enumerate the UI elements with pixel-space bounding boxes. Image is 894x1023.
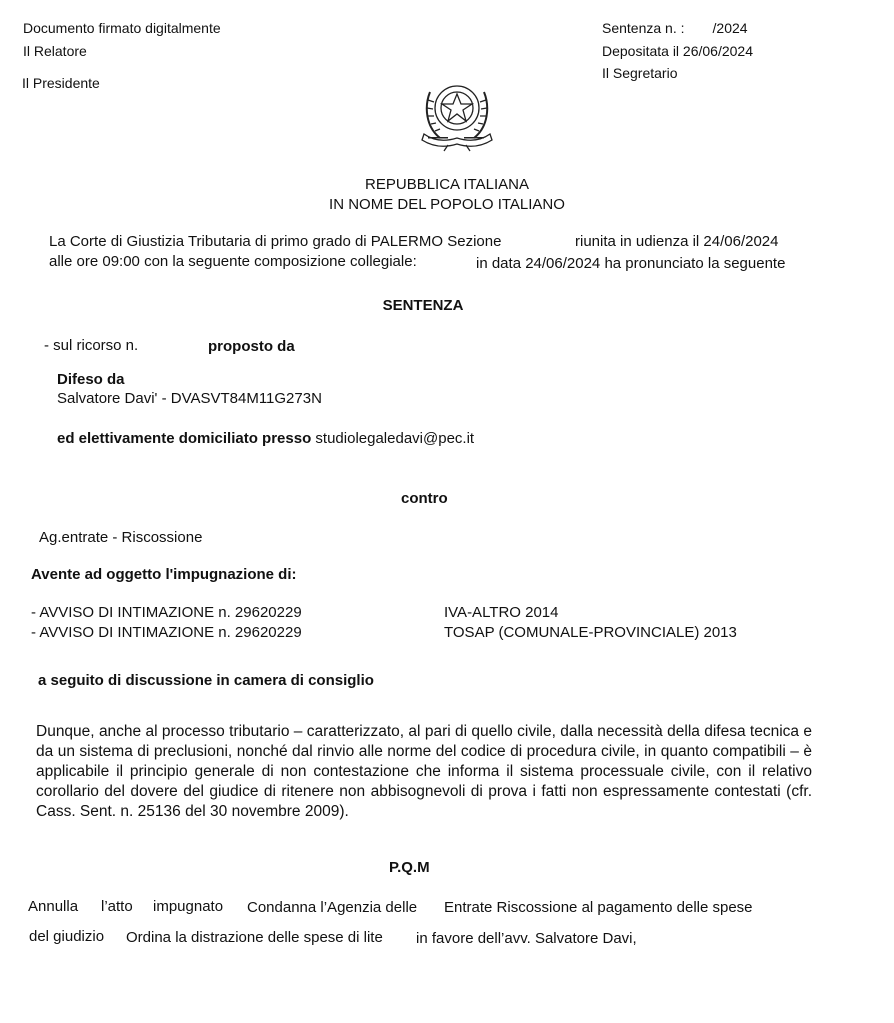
italian-republic-emblem-icon <box>418 72 496 152</box>
pqm-favore: in favore dell’avv. Salvatore Davi, <box>416 930 637 947</box>
presidente-label: Il Presidente <box>22 75 100 91</box>
oggetto-heading: Avente ad oggetto l'impugnazione di: <box>31 566 297 583</box>
ricorso-label: - sul ricorso n. <box>44 337 138 354</box>
lawyer-name: Salvatore Davi' - DVASVT84M11G273N <box>57 390 322 407</box>
contro-label: contro <box>401 490 448 507</box>
relatore-label: Il Relatore <box>23 43 87 59</box>
pqm-spese: Entrate Riscossione al pagamento delle s… <box>444 899 753 916</box>
court-intro-line2: alle ore 09:00 con la seguente composizi… <box>49 253 417 270</box>
act-item-1: - AVVISO DI INTIMAZIONE n. 29620229 <box>31 604 324 621</box>
proposto-da-label: proposto da <box>208 338 295 355</box>
pqm-impugnato: impugnato <box>153 898 223 915</box>
domicile-line: ed elettivamente domiciliato presso stud… <box>57 430 474 447</box>
sentenza-number: Sentenza n. :/2024 <box>602 20 748 36</box>
pqm-annulla: Annulla <box>28 898 78 915</box>
domicile-pec: studiolegaledavi@pec.it <box>315 430 474 447</box>
pqm-atto: l’atto <box>101 898 133 915</box>
sentenza-heading: SENTENZA <box>0 297 846 314</box>
digitally-signed-note: Documento firmato digitalmente <box>23 20 221 36</box>
court-intro-line1: La Corte di Giustizia Tributaria di prim… <box>49 233 501 250</box>
deposit-date: Depositata il 26/06/2024 <box>602 43 753 59</box>
tax-item-1: IVA-ALTRO 2014 <box>444 604 559 621</box>
people-title: IN NOME DEL POPOLO ITALIANO <box>0 196 894 213</box>
domicile-label: ed elettivamente domiciliato presso <box>57 430 311 447</box>
segretario-label: Il Segretario <box>602 65 677 81</box>
camera-consiglio-label: a seguito di discussione in camera di co… <box>38 672 374 689</box>
sentenza-number-label: Sentenza n. : <box>602 20 685 36</box>
republic-title: REPUBBLICA ITALIANA <box>0 176 894 193</box>
difeso-da-label: Difeso da <box>57 371 125 388</box>
pronouncement-date: in data 24/06/2024 ha pronunciato la seg… <box>476 255 785 272</box>
tax-item-2: TOSAP (COMUNALE-PROVINCIALE) 2013 <box>444 624 737 641</box>
reasoning-paragraph: Dunque, anche al processo tributario – c… <box>36 722 812 822</box>
pqm-heading: P.Q.M <box>389 859 430 876</box>
act-item-2: - AVVISO DI INTIMAZIONE n. 29620229 <box>31 624 324 641</box>
sentenza-year: /2024 <box>713 20 748 36</box>
pqm-condanna: Condanna l’Agenzia delle <box>247 899 417 916</box>
pqm-giudizio: del giudizio <box>29 928 104 945</box>
opposing-party: Ag.entrate - Riscossione <box>39 529 202 546</box>
hearing-date: riunita in udienza il 24/06/2024 <box>575 233 778 250</box>
pqm-distrazione: Ordina la distrazione delle spese di lit… <box>126 929 383 946</box>
